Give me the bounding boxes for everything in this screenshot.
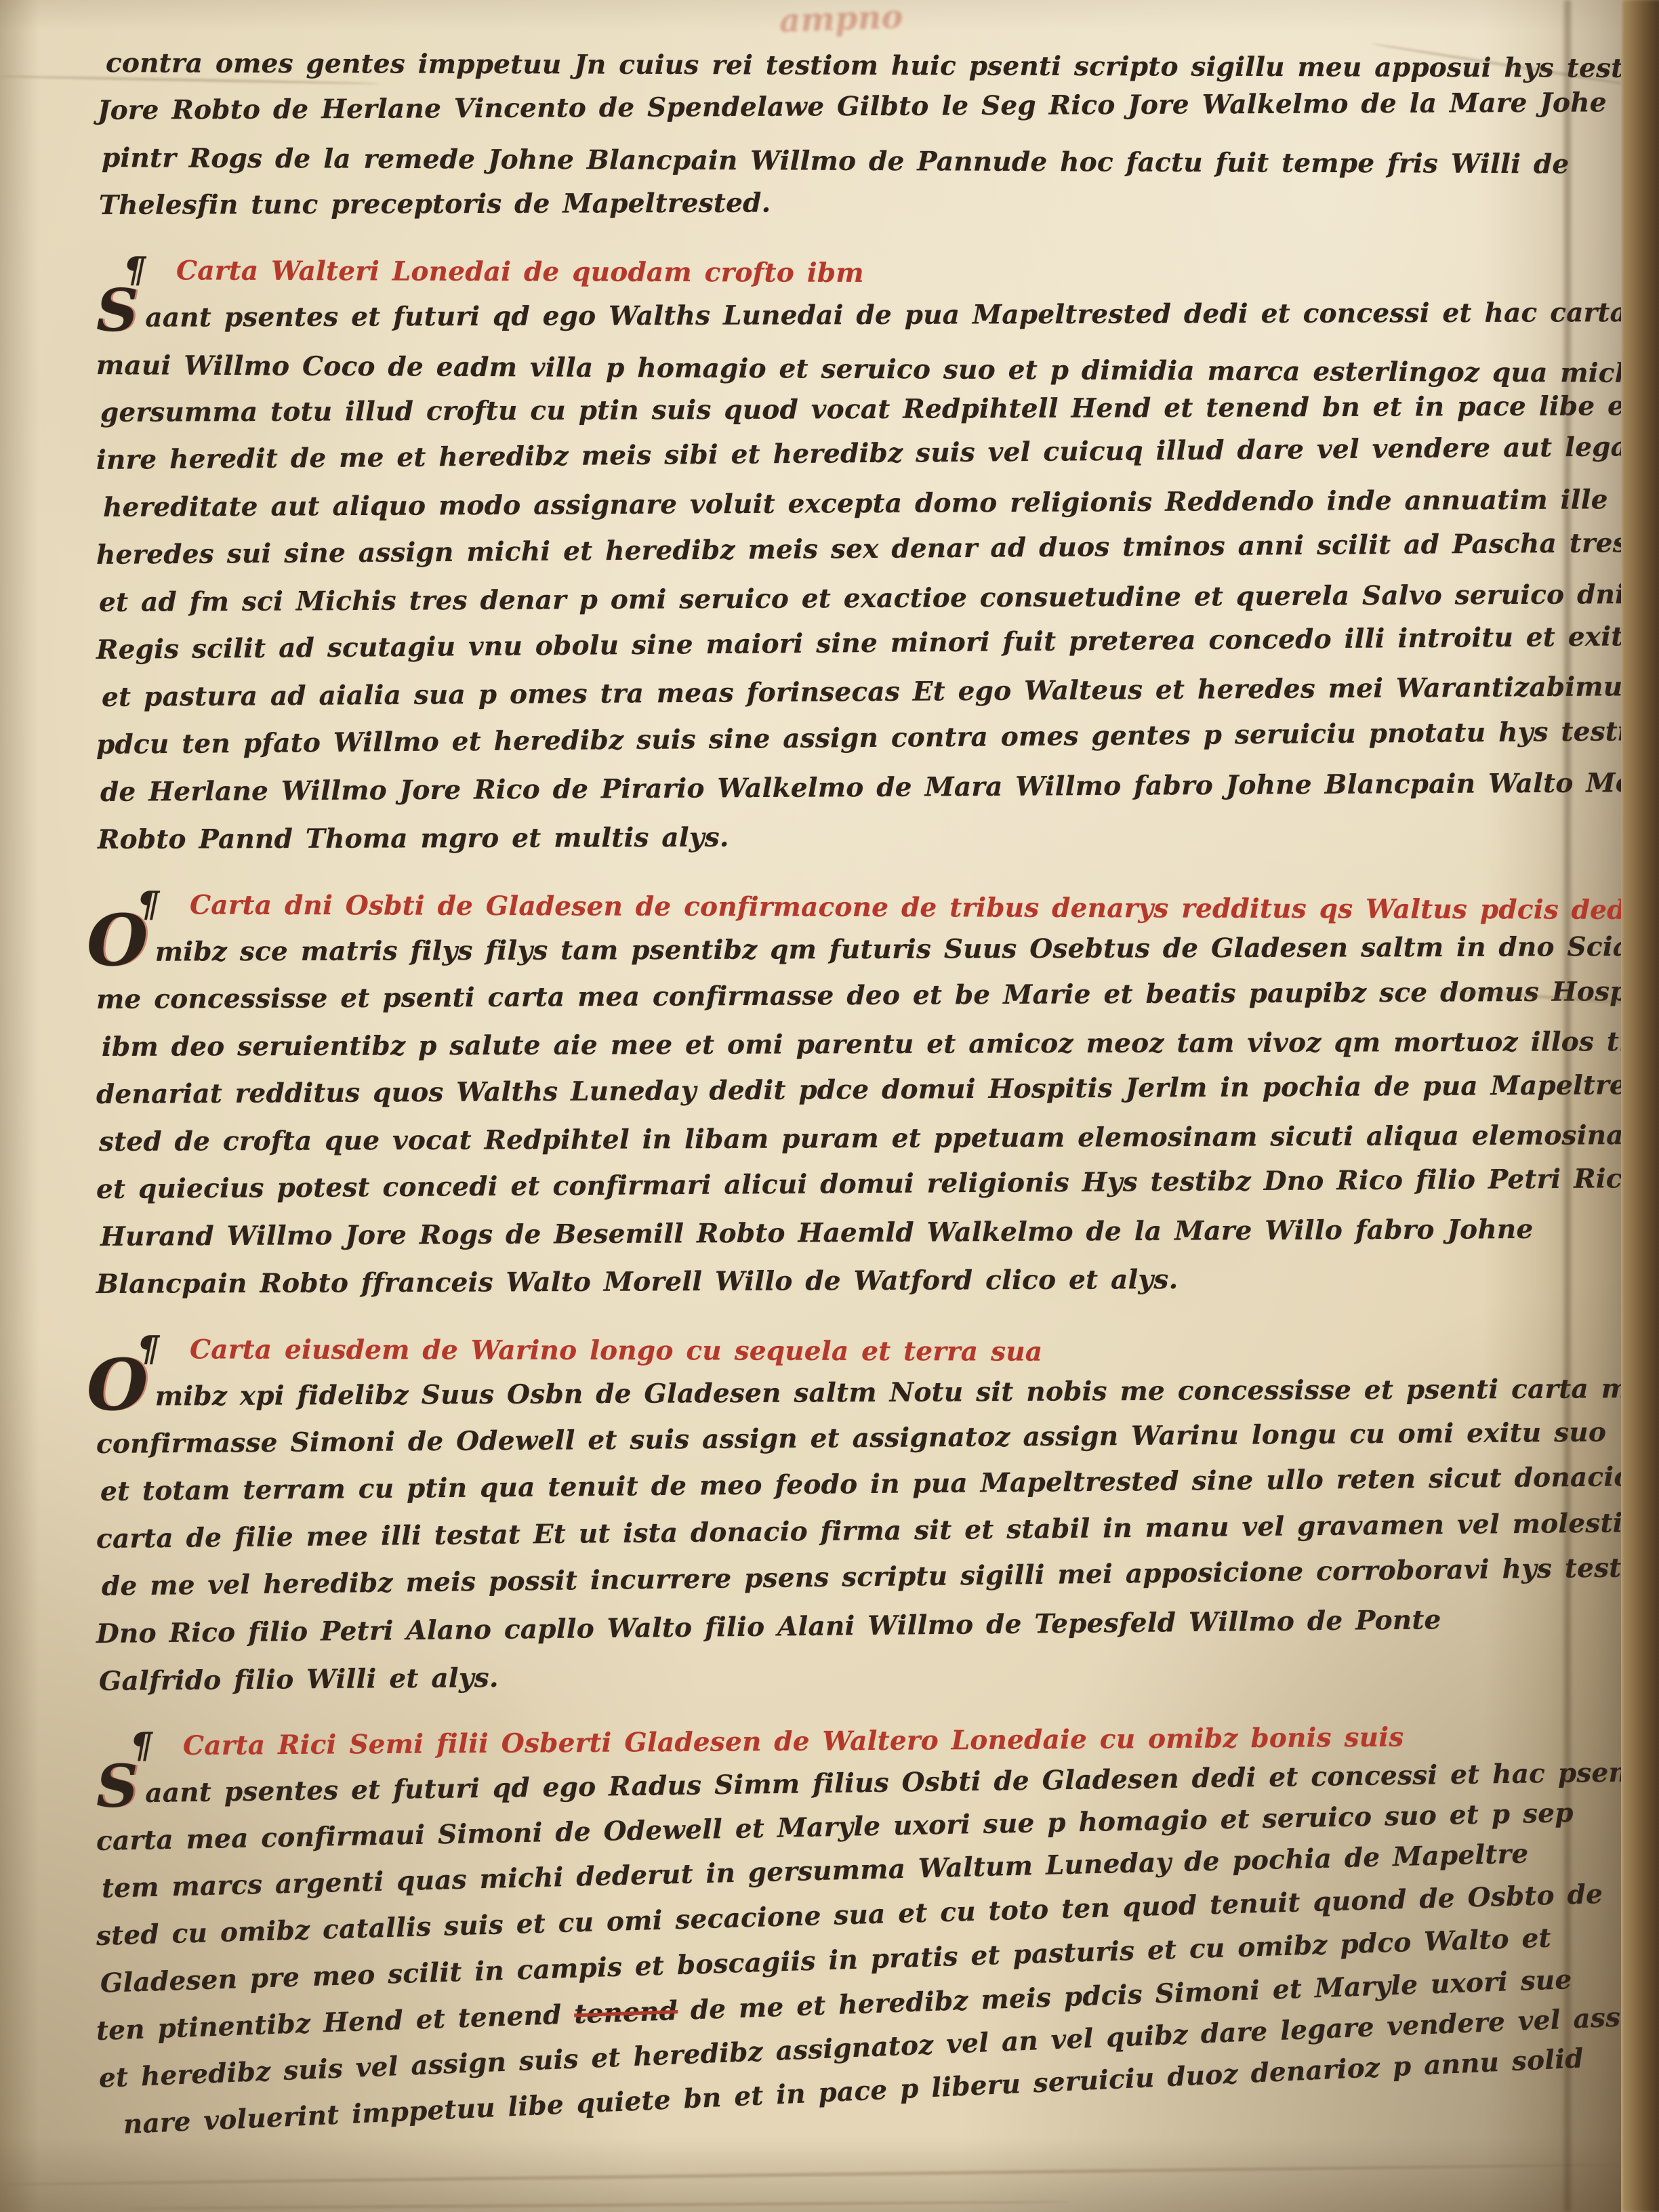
text-line-body: aant psentes et futuri qd ego Walths Lun… <box>145 296 1659 333</box>
text-line-body: mibz sce matris filys filys tam psentibz… <box>155 931 1659 968</box>
parchment-crease <box>0 2163 1659 2186</box>
parchment-crease <box>122 2200 1071 2210</box>
manuscript-page: ampno contra omes gentes imppetuu Jn cui… <box>0 0 1659 2212</box>
text-line: denariat redditus quos Walths Luneday de… <box>96 1062 1570 1118</box>
rubric-text: Carta eiusdem de Warino longo cu sequela… <box>190 1334 1042 1367</box>
rubric-text: Carta dni Osbti de Gladesen de confirmac… <box>190 889 1648 926</box>
text-line: Blancpain Robto ffranceis Walto Morell W… <box>96 1254 1570 1308</box>
rubric-text: Carta Walteri Lonedai de quodam crofto i… <box>176 255 864 289</box>
text-line: Jore Robto de Herlane Vincento de Spende… <box>96 79 1570 134</box>
text-block: contra omes gentes imppetuu Jn cuius rei… <box>96 39 1570 2150</box>
text-line: Saant psentes et futuri qd ego Walths Lu… <box>96 289 1570 342</box>
text-line: me concessisse et psenti carta mea confi… <box>96 968 1570 1023</box>
text-line: Robto Pannd Thoma mgro et multis alys. <box>96 811 1570 863</box>
text-line: Thelesfin tunc preceptoris de Mapeltrest… <box>96 176 1570 229</box>
illuminated-initial: S <box>96 1786 138 1787</box>
text-line: Omibz sce matris filys filys tam psentib… <box>96 923 1570 976</box>
text-line-body: mibz xpi fidelibz Suus Osbn de Gladesen … <box>155 1373 1659 1412</box>
faded-running-header: ampno <box>779 0 903 40</box>
text-line: de Herlane Willmo Jore Rico de Pirario W… <box>96 760 1570 816</box>
text-line: Hurand Willmo Jore Rogs de Besemill Robt… <box>96 1206 1570 1261</box>
text-line: et quiecius potest concedi et confirmari… <box>96 1155 1570 1213</box>
expunged-word: tenend <box>573 1995 678 2030</box>
book-page-edges <box>1621 0 1659 2212</box>
